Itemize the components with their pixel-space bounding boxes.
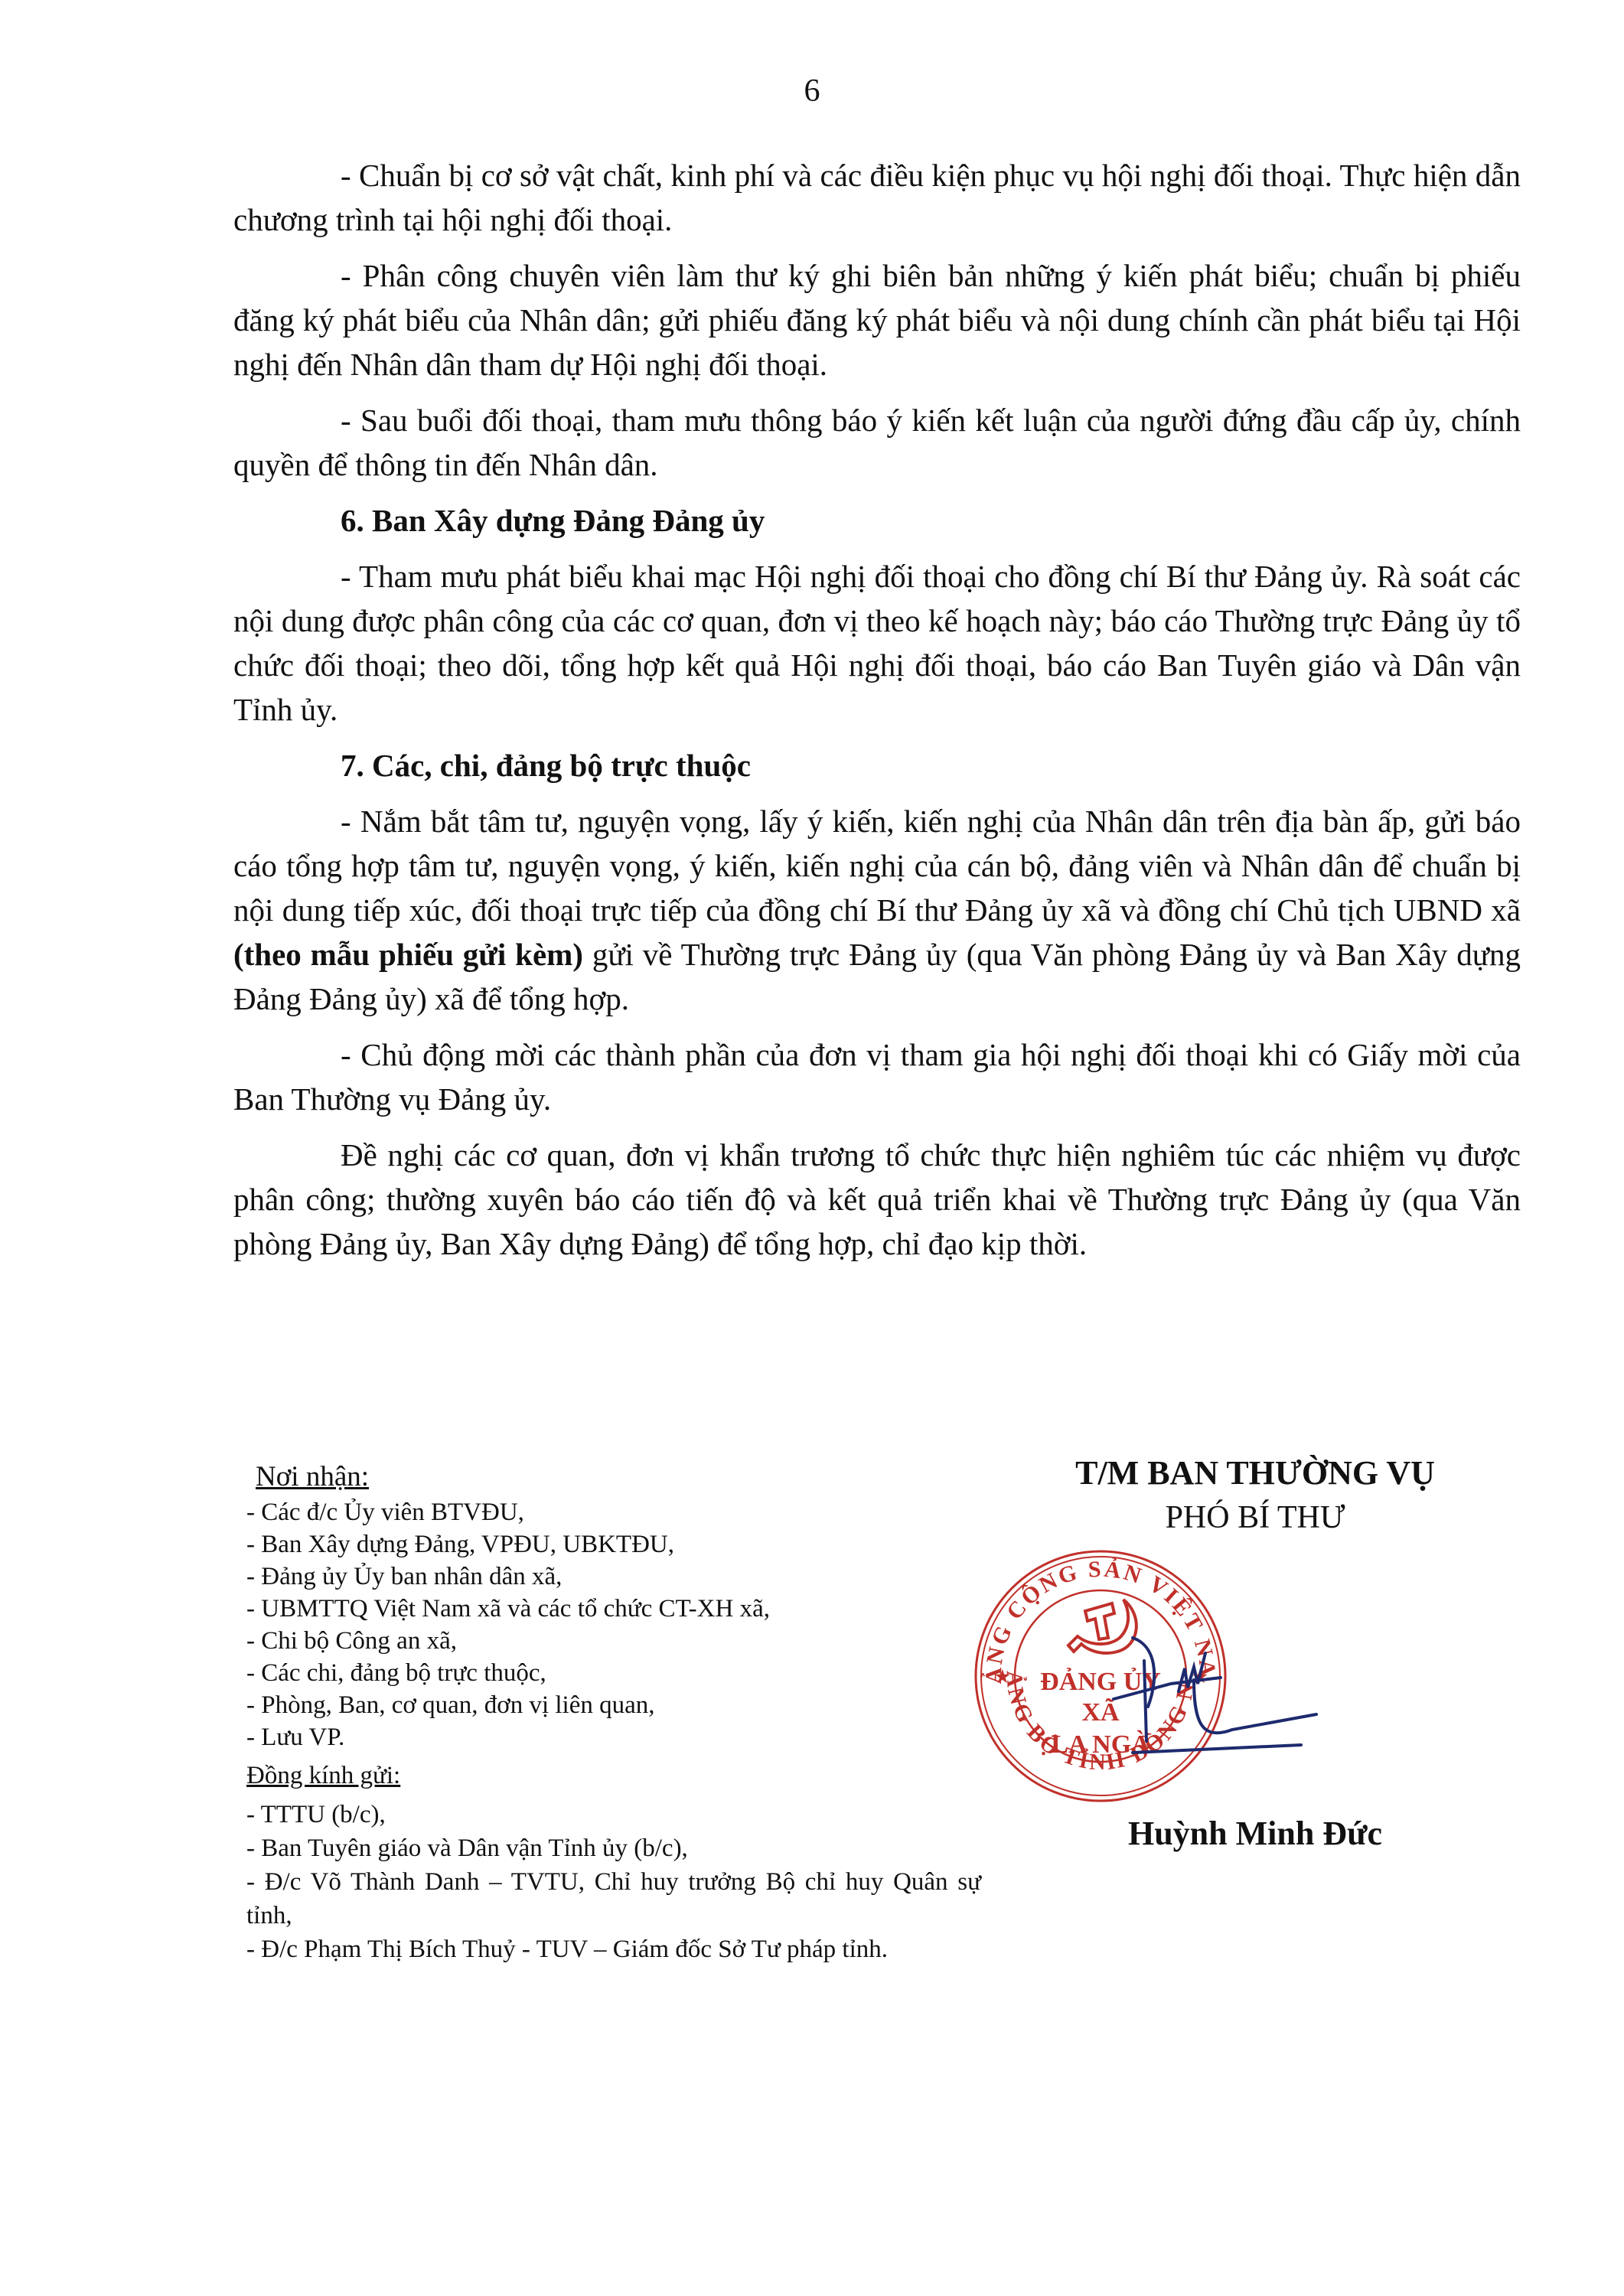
paragraph: - Chủ động mời các thành phần của đơn vị… [233,1032,1521,1121]
cc-list: - TTTU (b/c),- Ban Tuyên giáo và Dân vận… [246,1798,981,1966]
cc-item: - Ban Tuyên giáo và Dân vận Tỉnh ủy (b/c… [246,1831,981,1865]
signer-name: Huỳnh Minh Đức [995,1814,1515,1853]
recipients-title: Nơi nhận: [256,1458,981,1496]
paragraph: - Sau buổi đối thoại, tham mưu thông báo… [233,398,1521,487]
star-icon: ★ [995,1667,1010,1686]
cc-title: Đồng kính gửi: [246,1760,981,1792]
paragraph: - Nắm bắt tâm tư, nguyện vọng, lấy ý kiế… [233,799,1521,1021]
cc-item: - Đ/c Phạm Thị Bích Thuỷ - TUV – Giám đố… [246,1932,981,1966]
recipient-item: - Lưu VP. [246,1721,981,1753]
recipients-list: - Các đ/c Ủy viên BTVĐU,- Ban Xây dựng Đ… [246,1496,981,1753]
signature-block: T/M BAN THƯỜNG VỤ PHÓ BÍ THƯ [995,1450,1515,1539]
section-heading-6: 6. Ban Xây dựng Đảng Đảng ủy [233,498,1521,543]
paragraph: - Phân công chuyên viên làm thư ký ghi b… [233,253,1521,386]
recipient-item: - UBMTTQ Việt Nam xã và các tổ chức CT-X… [246,1593,981,1625]
document-body: - Chuẩn bị cơ sở vật chất, kinh phí và c… [233,153,1521,1277]
paragraph: Đề nghị các cơ quan, đơn vị khẩn trương … [233,1133,1521,1266]
cc-item: - TTTU (b/c), [246,1798,981,1831]
section-heading-7: 7. Các, chi, đảng bộ trực thuộc [233,743,1521,788]
recipient-item: - Ban Xây dựng Đảng, VPĐU, UBKTĐU, [246,1528,981,1561]
handwritten-signature [1087,1607,1362,1760]
recipients-block: Nơi nhận: - Các đ/c Ủy viên BTVĐU,- Ban … [246,1458,981,1966]
recipient-item: - Phòng, Ban, cơ quan, đơn vị liên quan, [246,1689,981,1721]
bold-note: (theo mẫu phiếu gửi kèm) [233,937,583,972]
paragraph: - Chuẩn bị cơ sở vật chất, kinh phí và c… [233,153,1521,242]
paragraph-text: - Nắm bắt tâm tư, nguyện vọng, lấy ý kiế… [233,804,1521,928]
recipient-item: - Đảng ủy Ủy ban nhân dân xã, [246,1561,981,1593]
paragraph: - Tham mưu phát biểu khai mạc Hội nghị đ… [233,554,1521,732]
cc-item: - Đ/c Võ Thành Danh – TVTU, Chỉ huy trưở… [246,1865,981,1932]
page-number: 6 [0,73,1624,109]
signature-role: PHÓ BÍ THƯ [995,1496,1515,1539]
signature-org: T/M BAN THƯỜNG VỤ [995,1450,1515,1496]
recipient-item: - Các đ/c Ủy viên BTVĐU, [246,1496,981,1528]
recipient-item: - Các chi, đảng bộ trực thuộc, [246,1657,981,1689]
recipient-item: - Chi bộ Công an xã, [246,1625,981,1657]
